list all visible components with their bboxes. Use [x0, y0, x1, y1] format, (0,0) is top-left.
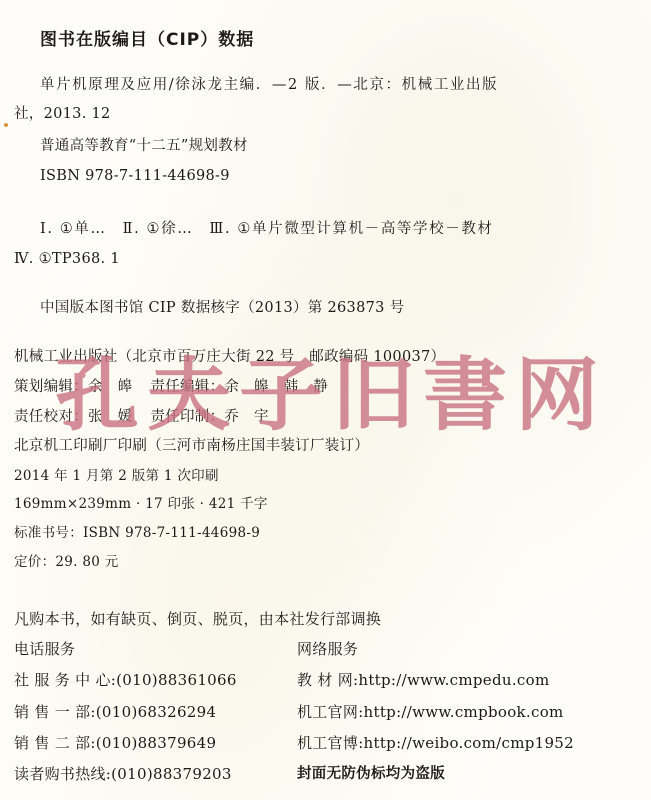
cip-classification-2: Ⅳ. ①TP368. 1 — [14, 250, 120, 268]
web-official-site: 机工官网:http://www.cmpbook.com — [297, 703, 564, 721]
planning-editor-label: 策划编辑： — [14, 379, 88, 395]
editor-credits: 策划编辑：余 皞责任编辑：余 皞 韩 静 — [14, 378, 328, 396]
web-weibo: 机工官博:http://weibo.com/cmp1952 — [297, 734, 574, 752]
isbn-line: 标准书号：ISBN 978-7-111-44698-9 — [14, 524, 260, 542]
cip-approval: 中国版本图书馆 CIP 数据核字（2013）第 263873 号 — [40, 299, 404, 317]
margin-dot — [4, 123, 8, 127]
cip-line-1: 单片机原理及应用/徐泳龙主编．—2 版．—北京：机械工业出版 — [40, 76, 498, 94]
print-supervisor: 乔 宇 — [224, 409, 268, 425]
proof-credits: 责任校对：张 媛责任印制：乔 宇 — [14, 408, 269, 426]
price-line: 定价：29. 80 元 — [14, 553, 119, 571]
web-service-header: 网络服务 — [297, 640, 358, 658]
phone-sales-1: 销 售 一 部:(010)68326294 — [14, 703, 216, 721]
print-supervisor-label: 责任印制： — [150, 409, 224, 425]
responsible-editor: 余 皞 韩 静 — [224, 379, 328, 395]
notice-line: 凡购本书，如有缺页、倒页、脱页，由本社发行部调换 — [14, 610, 381, 628]
printer-line: 北京机工印刷厂印刷（三河市南杨庄国丰装订厂装订） — [14, 437, 369, 455]
planning-editor: 余 皞 — [88, 379, 132, 395]
copyright-page: 图书在版编目（CIP）数据 单片机原理及应用/徐泳龙主编．—2 版．—北京：机械… — [0, 0, 651, 800]
responsible-editor-label: 责任编辑： — [150, 379, 224, 395]
anti-piracy-notice: 封面无防伪标均为盗版 — [297, 765, 445, 783]
publisher-address: 机械工业出版社（北京市百万庄大街 22 号 邮政编码 100037） — [14, 348, 445, 366]
phone-service-center: 社 服 务 中 心:(010)88361066 — [14, 671, 237, 689]
phone-sales-2: 销 售 二 部:(010)88379649 — [14, 734, 216, 752]
web-textbook-site: 教 材 网:http://www.cmpedu.com — [297, 671, 549, 689]
proofreader-label: 责任校对： — [14, 409, 88, 425]
cip-isbn: ISBN 978-7-111-44698-9 — [40, 167, 230, 185]
cip-series: 普通高等教育“十二五”规划教材 — [40, 137, 248, 155]
cip-classification-1: Ⅰ. ①单… Ⅱ. ①徐… Ⅲ. ①单片微型计算机－高等学校－教材 — [40, 220, 494, 238]
cip-title: 图书在版编目（CIP）数据 — [40, 25, 254, 50]
printing-info: 2014 年 1 月第 2 版第 1 次印刷 — [14, 467, 219, 485]
cip-line-2: 社，2013. 12 — [14, 105, 111, 123]
phone-reader-hotline: 读者购书热线:(010)88379203 — [14, 765, 232, 783]
format-info: 169mm×239mm · 17 印张 · 421 千字 — [14, 495, 268, 513]
proofreader: 张 媛 — [88, 409, 132, 425]
phone-service-header: 电话服务 — [14, 640, 75, 658]
